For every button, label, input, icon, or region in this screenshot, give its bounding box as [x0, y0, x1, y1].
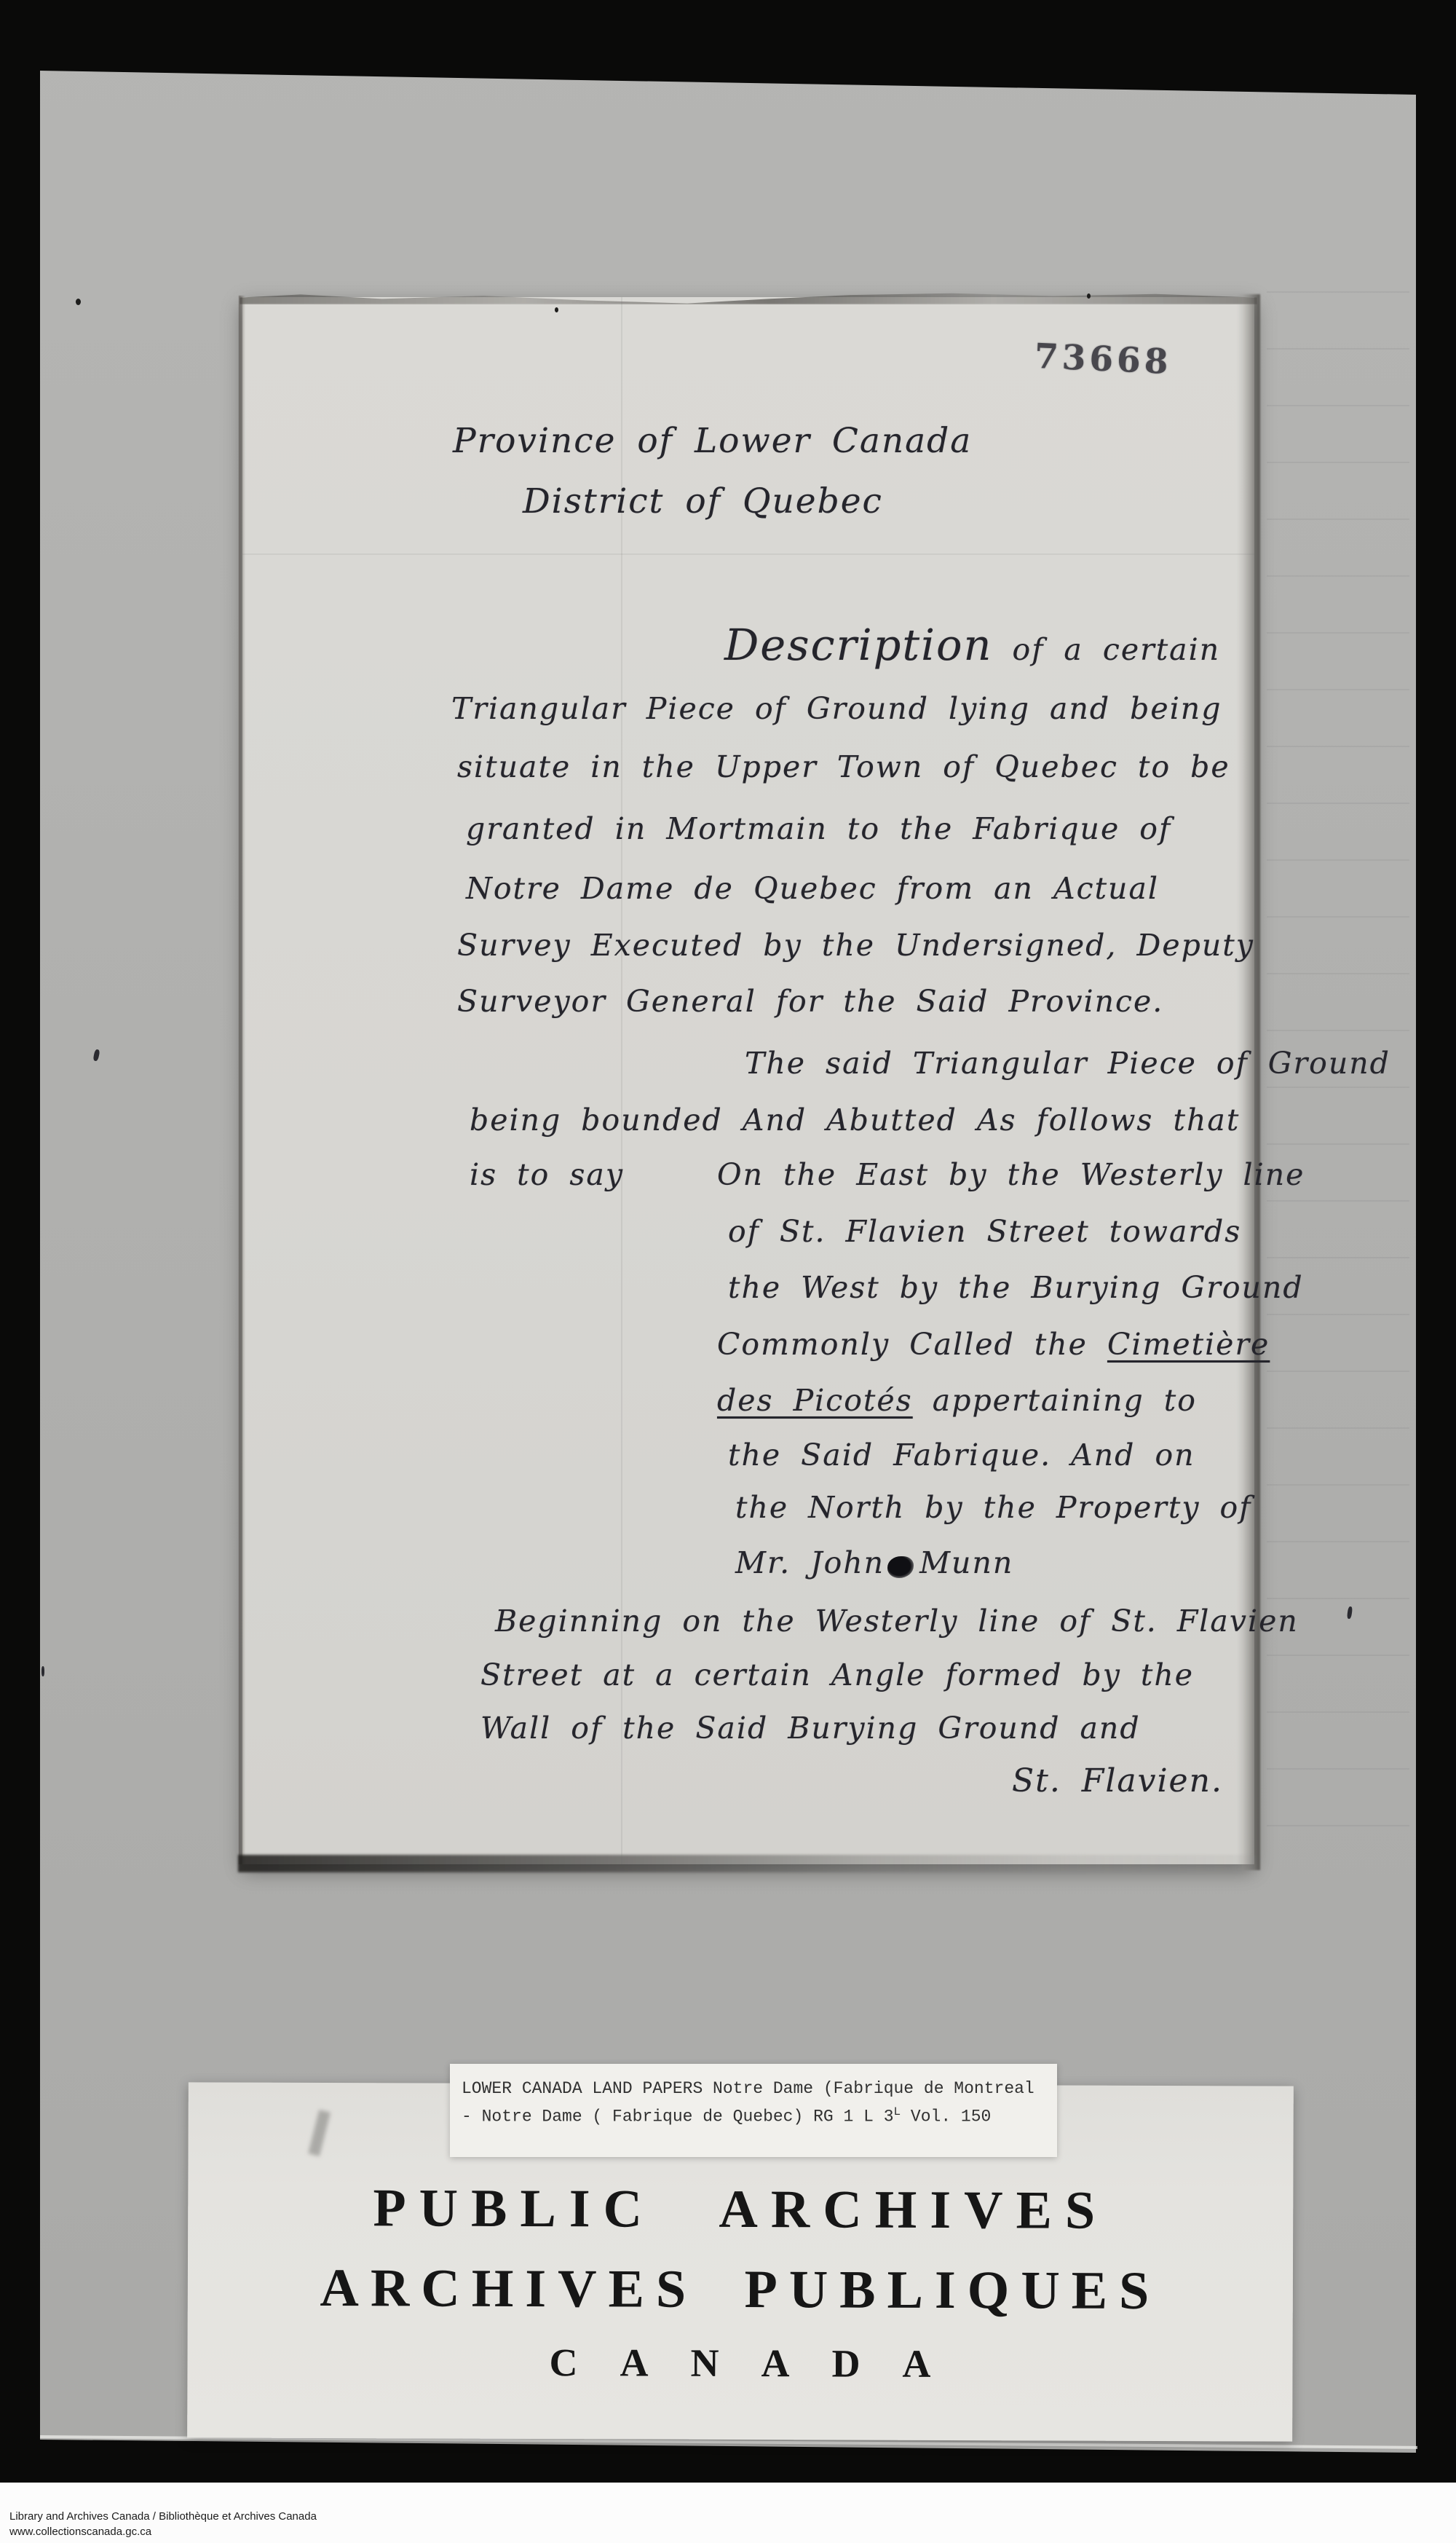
manuscript-line: Beginning on the Westerly line of St. Fl… — [495, 1604, 1299, 1639]
page-bottom-edge-shadow — [238, 1855, 1256, 1872]
speck — [1087, 293, 1091, 299]
archives-publiques-text: ARCHIVES PUBLIQUES — [188, 2257, 1293, 2322]
manuscript-line: is to say — [470, 1157, 624, 1192]
public-archives-text: PUBLIC ARCHIVES — [188, 2177, 1293, 2242]
ink-blot — [887, 1556, 914, 1578]
manuscript-line-description: Description of a certain — [724, 620, 1220, 670]
line-pre: Mr. John — [735, 1545, 885, 1580]
manuscript-line: being bounded And Abutted As follows tha… — [470, 1103, 1240, 1138]
manuscript-line: situate in the Upper Town of Quebec to b… — [457, 749, 1230, 784]
scanned-archival-document: { "scan": { "stamp_number": "73668", "ma… — [0, 0, 1456, 2543]
stray-pen-mark — [41, 1666, 44, 1676]
archive-stamp-number: 73668 — [1034, 336, 1173, 382]
lac-footer-title: Library and Archives Canada / Bibliothèq… — [9, 2510, 317, 2523]
speck — [555, 307, 558, 312]
catalogue-label-line2: - Notre Dame ( Fabrique de Quebec) RG 1 … — [462, 2100, 1050, 2129]
underlined-cimetiere: Cimetière — [1107, 1327, 1270, 1362]
smudge — [308, 2110, 331, 2156]
manuscript-line: Wall of the Said Burying Ground and — [480, 1711, 1141, 1746]
lac-footer-url: www.collectionscanada.gc.ca — [9, 2526, 151, 2538]
manuscript-page: 73668 Province of Lower Canada District … — [242, 297, 1254, 1864]
manuscript-line: des Picotés appertaining to — [717, 1383, 1197, 1418]
manuscript-heading-province: Province of Lower Canada — [453, 421, 972, 461]
line-post: Munn — [919, 1545, 1013, 1580]
manuscript-line: of St. Flavien Street towards — [728, 1214, 1241, 1249]
underlined-des-picotes: des Picotés — [717, 1383, 913, 1418]
manuscript-line: the Said Fabrique. And on — [728, 1438, 1195, 1472]
page-crease-horizontal — [242, 553, 1254, 555]
description-rest: of a certain — [992, 632, 1220, 667]
line-post: appertaining to — [913, 1383, 1197, 1418]
manuscript-line: Surveyor General for the Said Province. — [457, 984, 1163, 1019]
description-word: Description — [724, 620, 992, 670]
speck — [76, 299, 81, 305]
manuscript-line: Mr. JohnMunn — [735, 1545, 1013, 1580]
manuscript-line: On the East by the Westerly line — [717, 1157, 1305, 1192]
catalogue-label-line1: LOWER CANADA LAND PAPERS Notre Dame (Fab… — [462, 2077, 1050, 2100]
manuscript-heading-district: District of Quebec — [523, 481, 883, 521]
manuscript-line: Commonly Called the Cimetière — [717, 1327, 1270, 1362]
manuscript-line: granted in Mortmain to the Fabrique of — [466, 811, 1171, 846]
manuscript-line: Street at a certain Angle formed by the — [480, 1657, 1194, 1692]
manuscript-line: Notre Dame de Quebec from an Actual — [466, 871, 1159, 906]
page-left-edge-shadow — [239, 296, 245, 1864]
canada-text: CANADA — [187, 2338, 1292, 2387]
manuscript-line: The said Triangular Piece of Ground — [745, 1046, 1390, 1081]
manuscript-line: Survey Executed by the Undersigned, Depu… — [457, 928, 1254, 963]
label-superscript: L — [894, 2105, 901, 2118]
line-pre: Commonly Called the — [717, 1327, 1107, 1362]
manuscript-line: the North by the Property of — [735, 1490, 1251, 1525]
manuscript-signature-st-flavien: St. Flavien. — [1012, 1762, 1223, 1799]
manuscript-line: the West by the Burying Ground — [728, 1270, 1304, 1305]
manuscript-line: Triangular Piece of Ground lying and bei… — [451, 691, 1222, 726]
catalogue-label: LOWER CANADA LAND PAPERS Notre Dame (Fab… — [450, 2064, 1057, 2157]
